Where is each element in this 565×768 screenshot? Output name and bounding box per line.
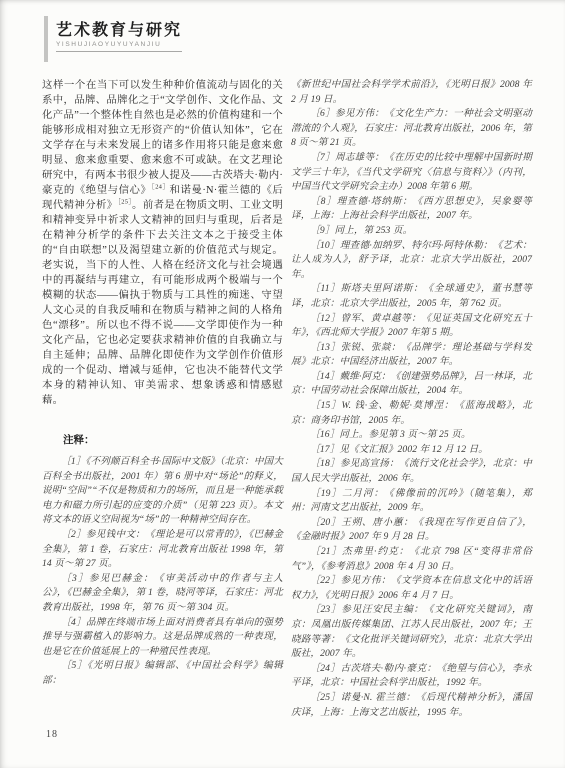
- note-item: ［12］曾军、黄卓越等：《见证英国文化研究五十年》，《西北师大学报》2007 年…: [291, 312, 532, 341]
- note-item: ［15］W. 钱·金、勒妮·莫博涅：《蓝海战略》，北京：商务印书馆，2005 年…: [291, 399, 532, 428]
- body-paragraph: 这样一个在当下可以发生种种价值流动与固化的关系中，品牌、品牌化之于“文学创作、文…: [42, 78, 283, 408]
- note-item: ［3］参见巴赫金：《审美活动中的作者与主人公》，《巴赫金全集》，第 1 卷，晓河…: [42, 572, 283, 616]
- note-item: ［7］周志雄等：《在历史的比较中理解中国新时期文学三十年》，《当代文学研究〈信息…: [291, 151, 532, 195]
- note-item: ［23］参见汪安民主编：《文化研究关键词》，南京：凤凰出版传媒集团、江苏人民出版…: [291, 603, 532, 661]
- note-item: ［8］理查德·塔纳斯：《西方思想史》，吴象婴等译，上海：上海社会科学出版社，20…: [291, 195, 532, 224]
- masthead-text: 艺术教育与研究 YISHUJIAOYUYUYANJIU: [56, 22, 182, 52]
- masthead: 艺术教育与研究 YISHUJIAOYUYUYANJIU: [44, 22, 532, 62]
- note-item: ［10］理查德·加纳罗、特尔玛·阿特休勒：《艺术：让人成为人》，舒予译，北京：北…: [291, 239, 532, 283]
- notes-heading: 注释：: [42, 432, 283, 447]
- citation-superscript: ［25］: [118, 199, 132, 206]
- page-number: 18: [46, 729, 58, 740]
- right-column: 《新世纪中国社会科学学术前沿》，《光明日报》2008 年 2 月 19 日。［6…: [291, 78, 532, 720]
- journal-title-pinyin: YISHUJIAOYUYUYANJIU: [56, 41, 182, 48]
- page-footer: 18: [46, 724, 58, 742]
- notes-list-left: ［1］《不列颠百科全书·国际中文版》（北京：中国大百科全书出版社，2001 年）…: [42, 455, 283, 689]
- left-column: 这样一个在当下可以发生种种价值流动与固化的关系中，品牌、品牌化之于“文学创作、文…: [42, 78, 283, 720]
- note-item: ［6］参见方伟：《文化生产力：一种社会文明驱动潜流的个人观》，石家庄：河北教育出…: [291, 107, 532, 151]
- citation-superscript: ［24］: [151, 184, 169, 191]
- note-item: ［25］诺曼·N. 霍兰德：《后现代精神分析》，潘国庆译，上海：上海文艺出版社，…: [291, 691, 532, 720]
- note-item: ［1］《不列颠百科全书·国际中文版》（北京：中国大百科全书出版社，2001 年）…: [42, 455, 283, 528]
- note-item: 《新世纪中国社会科学学术前沿》，《光明日报》2008 年 2 月 19 日。: [291, 78, 532, 107]
- journal-title: 艺术教育与研究: [56, 22, 182, 40]
- note-item: ［18］参见高宣扬：《流行文化社会学》，北京：中国人民大学出版社，2006 年。: [291, 457, 532, 486]
- note-item: ［24］古茨塔夫·勒内·豪克：《绝望与信心》，李永平译，北京：中国社会科学出版社…: [291, 662, 532, 691]
- masthead-bar: [44, 16, 48, 62]
- note-item: ［14］戴维·阿克：《创建强势品牌》，吕一林译，北京：中国劳动社会保障出版社，2…: [291, 370, 532, 399]
- note-item: ［20］王朔、唐小蕙：《我现在写作更自信了》，《金融时报》2007 年 9 月 …: [291, 516, 532, 545]
- note-item: ［16］同上。参见第 3 页～第 25 页。: [291, 428, 532, 443]
- note-item: ［5］《光明日报》编辑部、《中国社会科学》编辑部：: [42, 659, 283, 688]
- note-item: ［13］张锐、张燚：《品牌学：理论基础与学科发展》北京：中国经济出版社，2007…: [291, 341, 532, 370]
- note-item: ［19］二月河：《佛像前的沉吟》（随笔集），郑州：河南文艺出版社，2009 年。: [291, 487, 532, 516]
- journal-page: 艺术教育与研究 YISHUJIAOYUYUYANJIU 这样一个在当下可以发生种…: [0, 0, 565, 768]
- note-item: ［2］参见钱中文：《理论是可以常青的》，《巴赫金全集》，第 1 卷，石家庄：河北…: [42, 528, 283, 572]
- note-item: ［17］见《文汇报》2002 年 12 月 12 日。: [291, 443, 532, 458]
- note-item: ［9］同上，第 253 页。: [291, 224, 532, 239]
- note-item: ［11］斯塔夫里阿诺斯：《全球通史》，董书慧等译，北京：北京大学出版社，2005…: [291, 282, 532, 311]
- notes-list-right: 《新世纪中国社会科学学术前沿》，《光明日报》2008 年 2 月 19 日。［6…: [291, 78, 532, 720]
- body-text-segment: 这样一个在当下可以发生种种价值流动与固化的关系中，品牌、品牌化之于“文学创作、文…: [42, 80, 283, 196]
- note-item: ［22］参见方伟：《文学资本在信息文化中的话语权力》，《光明日报》2006 年 …: [291, 574, 532, 603]
- note-item: ［21］杰弗里·约克：《北京 798 区“变得非常俗气”》，《参考消息》2008…: [291, 545, 532, 574]
- note-item: ［4］品牌在终端市场上面对消费者具有单向的强势推导与强霸植入的影响力。这是品牌成…: [42, 616, 283, 660]
- body-text-segment: 。前者是在物质文明、工业文明和精神变异中祈求人文精神的回归与重现，后者是在精神分…: [42, 200, 283, 406]
- two-column-layout: 这样一个在当下可以发生种种价值流动与固化的关系中，品牌、品牌化之于“文学创作、文…: [42, 78, 532, 720]
